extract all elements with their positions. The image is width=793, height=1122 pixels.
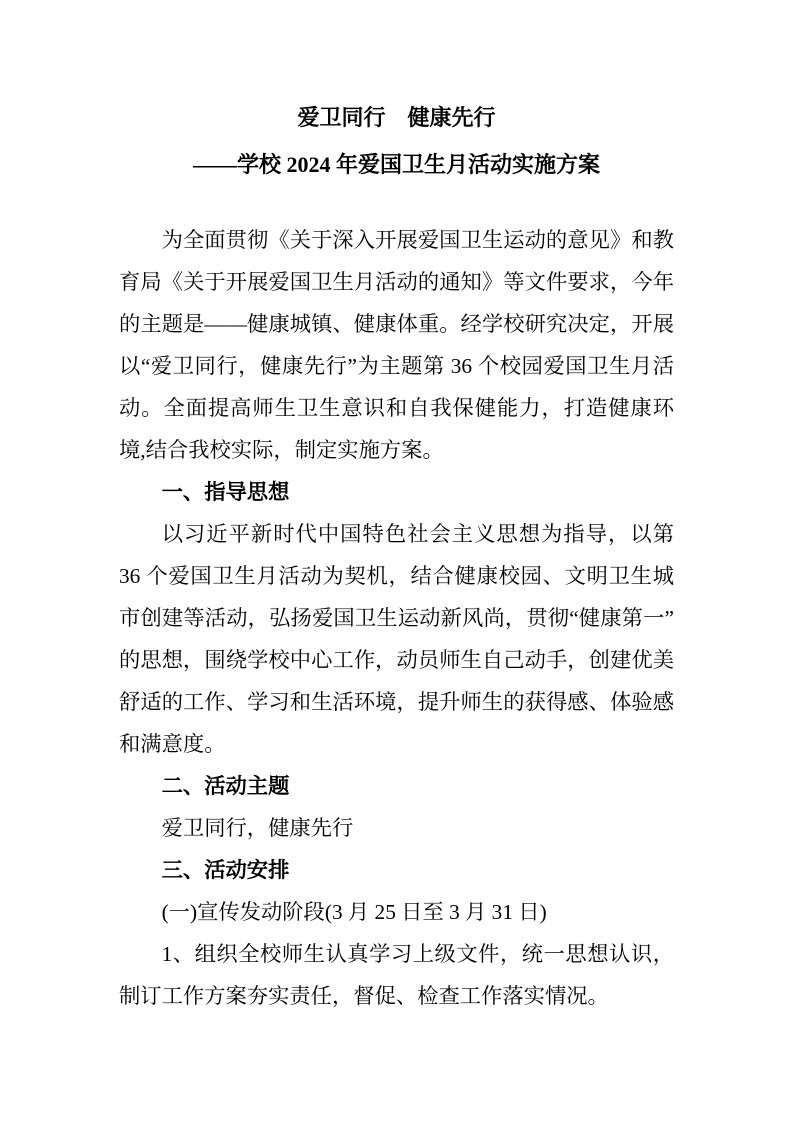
document-content: 爱卫同行 健康先行 ——学校 2024 年爱国卫生月活动实施方案 为全面贯彻《关…: [0, 0, 793, 1017]
paragraph-guiding-ideology: 以习近平新时代中国特色社会主义思想为指导，以第 36 个爱国卫生月活动为契机，结…: [119, 513, 674, 765]
paragraph-activity-theme: 爱卫同行，健康先行: [119, 807, 674, 849]
paragraph-stage-one-title: (一)宣传发动阶段(3 月 25 日至 3 月 31 日): [119, 891, 674, 933]
heading-activity-theme: 二、活动主题: [119, 765, 674, 807]
heading-guiding-ideology: 一、指导思想: [119, 471, 674, 513]
document-page: 爱卫同行 健康先行 ——学校 2024 年爱国卫生月活动实施方案 为全面贯彻《关…: [0, 0, 793, 1122]
paragraph-stage-one-item-1: 1、组织全校师生认真学习上级文件，统一思想认识，制订工作方案夯实责任，督促、检查…: [119, 933, 674, 1017]
document-title: 爱卫同行 健康先行: [119, 94, 674, 141]
document-body: 为全面贯彻《关于深入开展爱国卫生运动的意见》和教育局《关于开展爱国卫生月活动的通…: [119, 219, 674, 1017]
paragraph-intro: 为全面贯彻《关于深入开展爱国卫生运动的意见》和教育局《关于开展爱国卫生月活动的通…: [119, 219, 674, 471]
heading-activity-arrangement: 三、活动安排: [119, 849, 674, 891]
document-subtitle: ——学校 2024 年爱国卫生月活动实施方案: [119, 141, 674, 188]
